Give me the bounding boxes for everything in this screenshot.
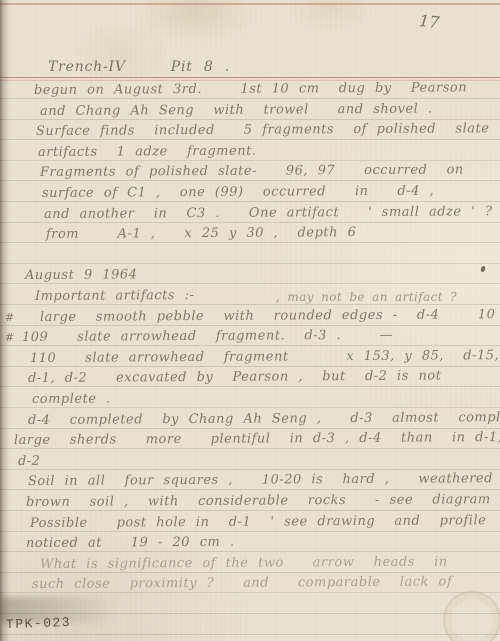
page-number: 17	[418, 11, 440, 32]
handwritten-line: August 9 1964	[25, 266, 138, 287]
handwritten-line: brown soil , with considerable rocks - s…	[26, 490, 500, 513]
handwritten-line: d-4 completed by Chang Ah Seng , d-3 alm…	[28, 408, 500, 431]
marginal-annotation: , may not be an artifact ?	[276, 287, 457, 307]
margin-mark: #	[5, 311, 14, 324]
handwritten-line: 109 slate arrowhead fragment. d-3 . —	[22, 326, 393, 348]
handwritten-line: from A-1 , x 25 y 30 , depth 6	[46, 223, 357, 245]
handwritten-line: such close proximity ? and comparable la…	[32, 573, 452, 596]
handwritten-line: Fragments of polished slate- 96, 97 occu…	[40, 161, 464, 184]
handwritten-line: Possible post hole in d-1 ' see drawing …	[30, 511, 486, 534]
handwritten-line: artifacts 1 adze fragment.	[38, 141, 257, 162]
top-margin-red-line	[0, 3, 500, 5]
margin-mark: #	[5, 331, 14, 344]
handwritten-line: Soil in all four squares , 10-20 is hard…	[28, 470, 493, 493]
handwritten-line: large smooth pebble with rounded edges -…	[40, 305, 500, 328]
handwritten-line: complete .	[32, 390, 111, 410]
handwritten-line: and Chang Ah Seng with trowel and shovel…	[40, 99, 433, 121]
embossed-stamp	[443, 591, 500, 641]
ink-speck	[480, 265, 486, 272]
handwritten-line: What is significance of the two arrow he…	[40, 552, 448, 574]
handwritten-line: d-1, d-2 excavated by Pearson , but d-2 …	[28, 367, 442, 390]
handwritten-line: large sherds more plentiful in d-3 , d-4…	[14, 428, 500, 451]
handwritten-line: Surface finds included 5 fragments of po…	[36, 119, 490, 142]
handwritten-line: d-2	[18, 452, 41, 472]
handwritten-line: and another in C3 . One artifact ' small…	[44, 202, 493, 225]
ruled-line	[0, 263, 500, 264]
bottom-left-shadow	[0, 597, 140, 623]
handwritten-line: Important artifacts :-	[35, 286, 195, 307]
entry-heading: Trench-IV Pit 8 .	[48, 57, 230, 77]
notebook-page-scan: 17 Trench-IV Pit 8 . , may not be an art…	[0, 0, 500, 641]
handwritten-line: 110 slate arrowhead fragment x 153, y 85…	[30, 346, 500, 369]
handwritten-line: noticed at 19 - 20 cm .	[26, 533, 235, 554]
handwritten-line: begun on August 3rd. 1st 10 cm dug by Pe…	[34, 78, 467, 101]
ruled-line	[0, 634, 500, 635]
handwritten-line: surface of C1 , one (99) occurred in d-4…	[42, 182, 434, 204]
